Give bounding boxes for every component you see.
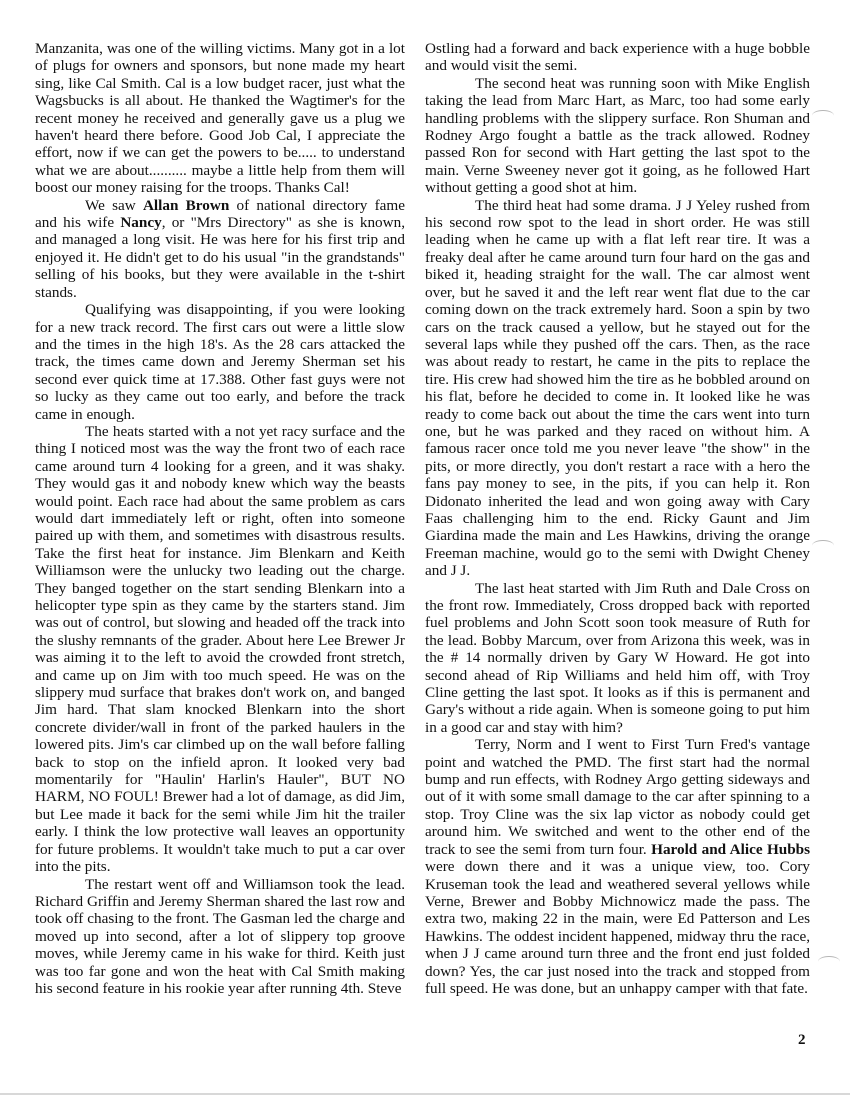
text-run: Terry, Norm and I went to First Turn Fre… [425, 736, 810, 857]
paragraph: Qualifying was disappointing, if you wer… [35, 301, 405, 423]
scan-artifact [818, 956, 840, 967]
page-number: 2 [798, 1032, 806, 1049]
scan-artifact [812, 110, 834, 121]
paragraph: We saw Allan Brown of national directory… [35, 197, 405, 301]
document-page: Manzanita, was one of the willing victim… [0, 0, 850, 1100]
paragraph: Terry, Norm and I went to First Turn Fre… [425, 736, 810, 997]
paragraph: The restart went off and Williamson took… [35, 876, 405, 998]
bold-name: Nancy [120, 214, 161, 231]
text-run: were down there and it was a unique view… [425, 858, 810, 997]
left-column: Manzanita, was one of the willing victim… [35, 40, 405, 997]
paragraph: Manzanita, was one of the willing victim… [35, 40, 405, 197]
paragraph: The last heat started with Jim Ruth and … [425, 580, 810, 737]
text-run: We saw [85, 197, 143, 214]
bold-name: Harold and Alice Hubbs [651, 841, 810, 858]
paragraph: Ostling had a forward and back experienc… [425, 40, 810, 75]
paragraph: The second heat was running soon with Mi… [425, 75, 810, 197]
bold-name: Allan Brown [143, 197, 229, 214]
paragraph: The third heat had some drama. J J Yeley… [425, 197, 810, 580]
page-bottom-edge [0, 1093, 850, 1095]
paragraph: The heats started with a not yet racy su… [35, 423, 405, 876]
scan-artifact [812, 540, 834, 551]
right-column: Ostling had a forward and back experienc… [425, 40, 810, 997]
